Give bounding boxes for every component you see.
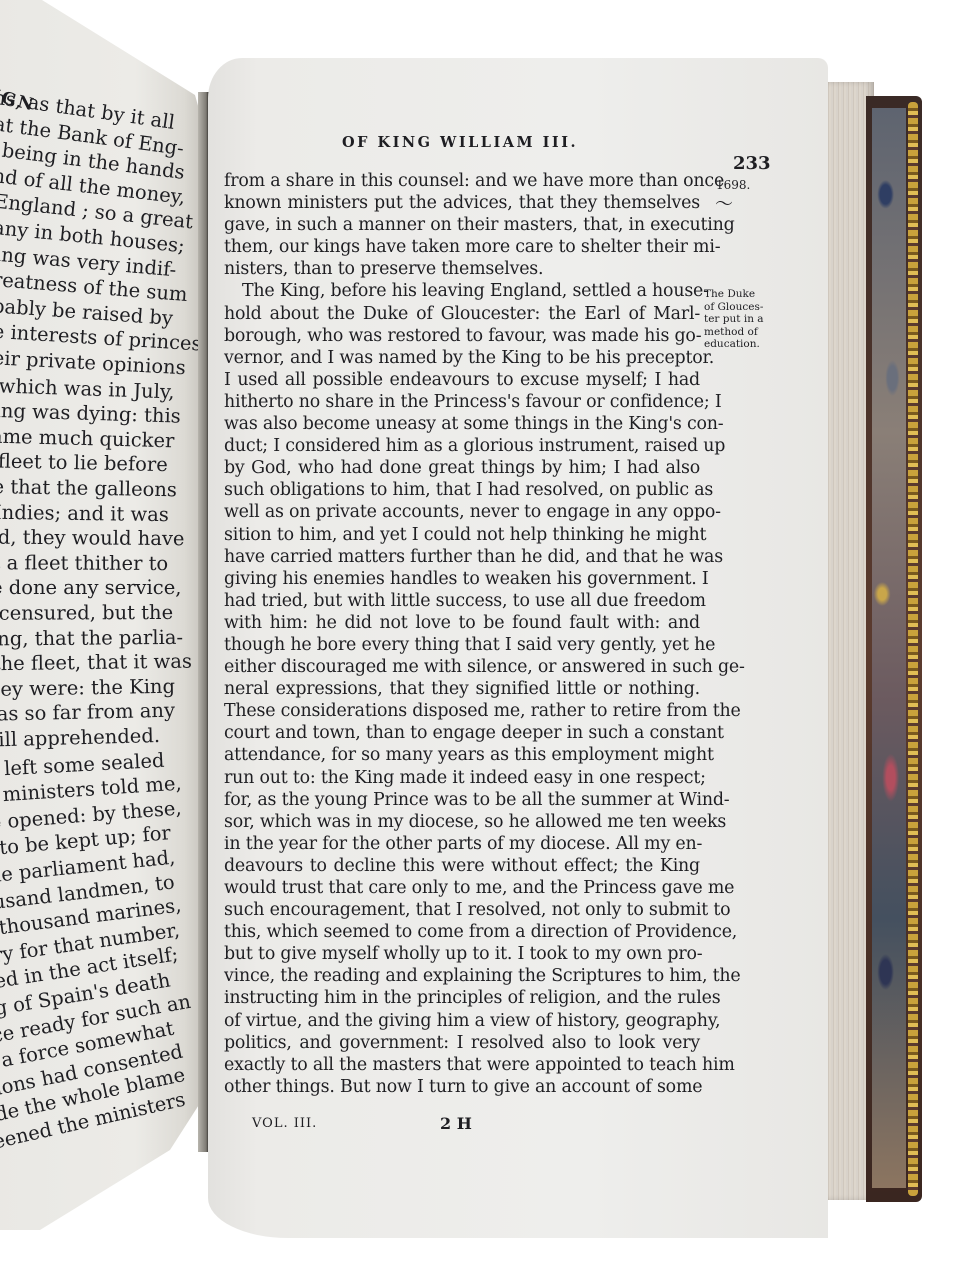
body-text: from a share in this counsel: and we hav… [224, 170, 700, 1098]
text-line: t Indies; and it was [0, 501, 160, 525]
text-line: hitherto no share in the Princess's favo… [224, 391, 700, 413]
text-line: have carried matters further than he did… [224, 546, 700, 568]
text-line: run out to: the King made it indeed easy… [224, 767, 700, 789]
text-line: neral expressions, that they signified l… [224, 678, 700, 700]
brace-ornament-icon: 〜 [715, 190, 733, 216]
text-line: gave, in such a manner on their masters,… [224, 214, 700, 236]
text-line: instructing him in the principles of rel… [224, 987, 700, 1009]
running-head: OF KING WILLIAM III. [342, 134, 578, 151]
left-page-text: EIGN ons, as that by it allhat the Bank … [0, 0, 160, 1200]
text-line: sor, which was in my diocese, so he allo… [224, 811, 700, 833]
text-line: other things. But now I turn to give an … [224, 1076, 700, 1098]
text-line: with him: he did not love to be found fa… [224, 612, 700, 634]
text-line: this, which seemed to come from a direct… [224, 921, 700, 943]
text-line: by God, who had done great things by him… [224, 457, 700, 479]
text-line: was also become uneasy at some things in… [224, 413, 700, 435]
text-line: they were: the King [0, 676, 160, 701]
right-page: OF KING WILLIAM III. 233 1698. 〜 from a … [208, 58, 828, 1238]
text-line: borough, who was restored to favour, was… [224, 325, 700, 347]
text-line: came much quicker [0, 425, 160, 452]
text-line: them, our kings have taken more care to … [224, 236, 700, 258]
text-line: l, which was in July, [0, 374, 160, 402]
marginal-note: The Duke of Glouces-ter put in a method … [704, 288, 768, 351]
text-line: ve done any service, [0, 577, 160, 599]
text-line: nt a fleet thither to [0, 552, 160, 575]
text-line: would trust that care only to me, and th… [224, 877, 700, 899]
text-line: well as on private accounts, never to en… [224, 501, 700, 523]
text-line: court and town, than to engage deeper in… [224, 722, 700, 744]
gilt-border-tooling [908, 102, 918, 1196]
text-line: a fleet to lie before [0, 450, 160, 476]
text-line: of virtue, and the giving him a view of … [224, 1010, 700, 1032]
text-line: giving his enemies handles to weaken his… [224, 568, 700, 590]
text-line: vernor, and I was named by the King to b… [224, 347, 700, 369]
text-line: for, as the young Prince was to be all t… [224, 789, 700, 811]
text-line: King was dying: this [0, 400, 160, 427]
text-line: exactly to all the masters that were app… [224, 1054, 700, 1076]
text-line: still apprehended. [0, 725, 160, 752]
text-line: : the fleet, that it was [0, 651, 160, 675]
text-line: These considerations disposed me, rather… [224, 700, 700, 722]
text-line: but to give myself wholly up to it. I to… [224, 943, 700, 965]
text-line: either discouraged me with silence, or a… [224, 656, 700, 678]
text-line: had tried, but with little success, to u… [224, 590, 700, 612]
text-line: though he bore every thing that I said v… [224, 634, 700, 656]
book-cover [866, 96, 922, 1202]
text-line: was so far from any [0, 700, 160, 726]
text-line: from a share in this counsel: and we hav… [224, 170, 700, 192]
text-line: deavours to decline this were without ef… [224, 855, 700, 877]
signature-mark: 2 H [440, 1114, 472, 1133]
text-line: The King, before his leaving England, se… [224, 280, 700, 302]
volume-footer: VOL. III. [252, 1116, 317, 1131]
text-line: h censured, but the [0, 602, 160, 625]
text-line: ne that the galleons [0, 476, 160, 501]
text-line: sition to him, and yet I could not help … [224, 524, 700, 546]
text-line: vince, the reading and explaining the Sc… [224, 965, 700, 987]
text-line: ied, they would have [0, 527, 160, 551]
text-line: politics, and government: I resolved als… [224, 1032, 700, 1054]
marbled-endpaper [872, 108, 906, 1188]
open-book: EIGN ons, as that by it allhat the Bank … [0, 0, 960, 1280]
text-line: hold about the Duke of Gloucester: the E… [224, 303, 700, 325]
text-line: attendance, for so many years as this em… [224, 744, 700, 766]
text-line: such obligations to him, that I had reso… [224, 479, 700, 501]
text-line: such encouragement, that I resolved, not… [224, 899, 700, 921]
page-number: 233 [733, 153, 771, 174]
text-line: nisters, than to preserve themselves. [224, 258, 700, 280]
text-line: I used all possible endeavours to excuse… [224, 369, 700, 391]
left-page: EIGN ons, as that by it allhat the Bank … [0, 0, 202, 1230]
text-line: in the year for the other parts of my di… [224, 833, 700, 855]
text-line: ving, that the parlia- [0, 627, 160, 651]
text-line: known ministers put the advices, that th… [224, 192, 700, 214]
text-line: duct; I considered him as a glorious ins… [224, 435, 700, 457]
